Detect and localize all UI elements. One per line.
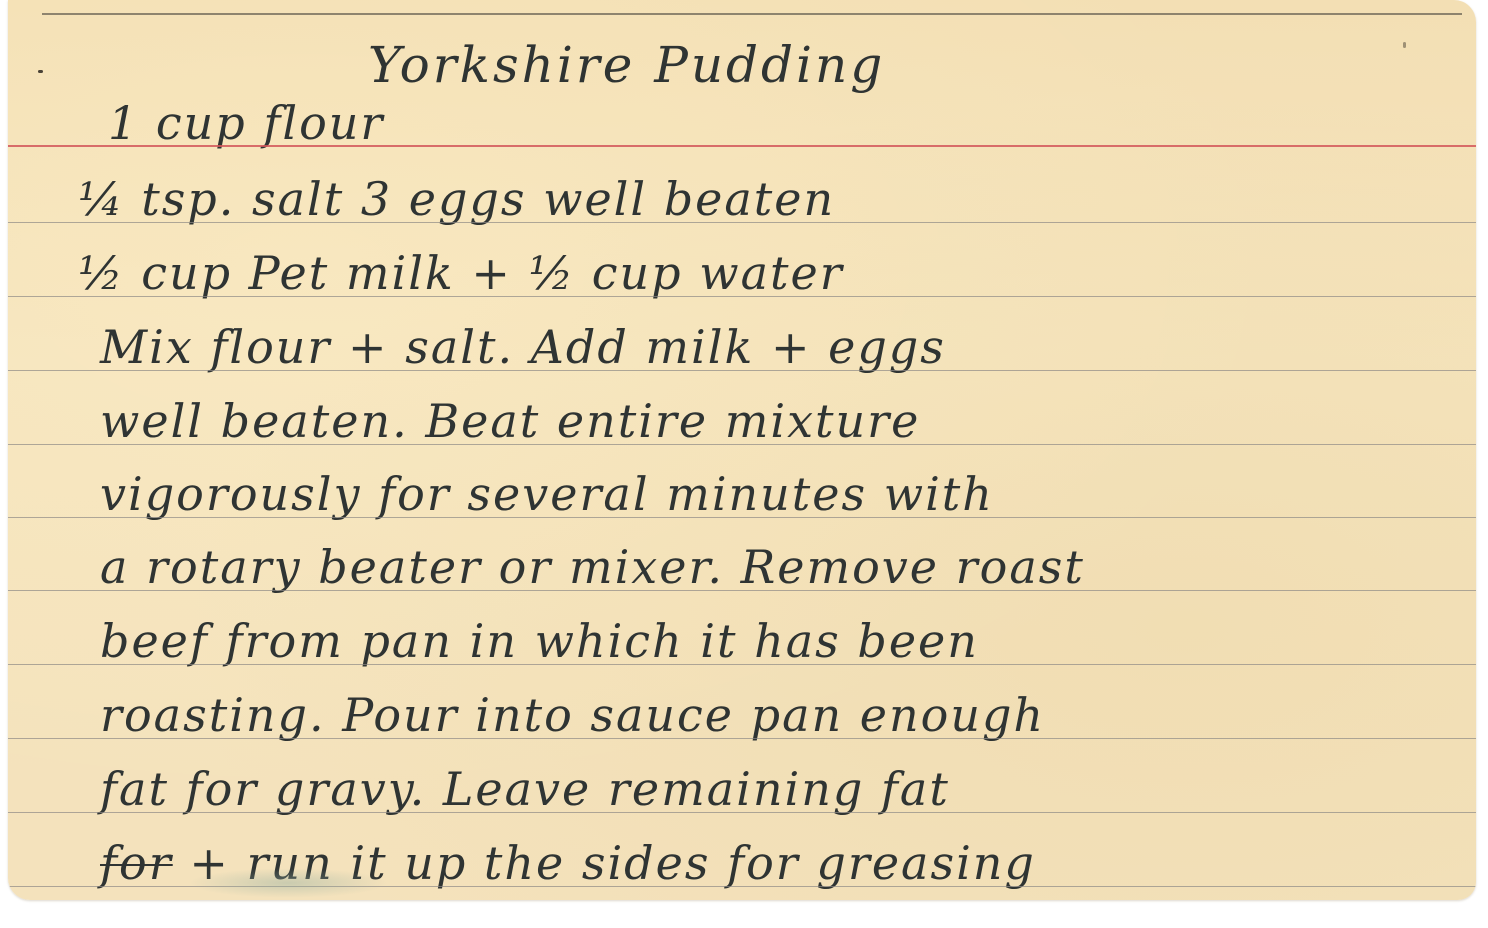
- ruled-line: [8, 296, 1476, 297]
- instruction-line-5: beef from pan in which it has been: [100, 614, 979, 668]
- ruled-line: [8, 517, 1476, 518]
- recipe-card: Yorkshire Pudding 1 cup flour ¼ tsp. sal…: [8, 0, 1476, 900]
- instruction-line-7: fat for gravy. Leave remaining fat: [100, 762, 950, 816]
- instruction-line-2: well beaten. Beat entire mixture: [100, 394, 920, 448]
- instruction-line-3: vigorously for several minutes with: [100, 467, 994, 521]
- ruled-line: [8, 590, 1476, 591]
- instruction-line-6: roasting. Pour into sauce pan enough: [100, 688, 1045, 742]
- ruled-line: [8, 664, 1476, 665]
- instruction-line-4: a rotary beater or mixer. Remove roast: [100, 540, 1085, 594]
- paper-speck: [38, 70, 43, 73]
- ruled-line: [8, 444, 1476, 445]
- ingredient-line-salt-eggs: ¼ tsp. salt 3 eggs well beaten: [78, 172, 835, 226]
- ruled-line: [8, 812, 1476, 813]
- ink-smudge: [188, 868, 388, 898]
- ruled-line: [8, 370, 1476, 371]
- ingredient-line-flour: 1 cup flour: [108, 96, 384, 150]
- card-top-edge-line: [42, 13, 1462, 15]
- recipe-title: Yorkshire Pudding: [368, 36, 885, 94]
- instruction-line-1: Mix flour + salt. Add milk + eggs: [100, 320, 946, 374]
- red-header-rule: [8, 145, 1476, 147]
- ruled-line: [8, 222, 1476, 223]
- ingredient-line-milk-water: ½ cup Pet milk + ½ cup water: [78, 246, 844, 300]
- paper-speck: [1403, 42, 1406, 48]
- ruled-line: [8, 738, 1476, 739]
- struck-word: for: [100, 836, 173, 890]
